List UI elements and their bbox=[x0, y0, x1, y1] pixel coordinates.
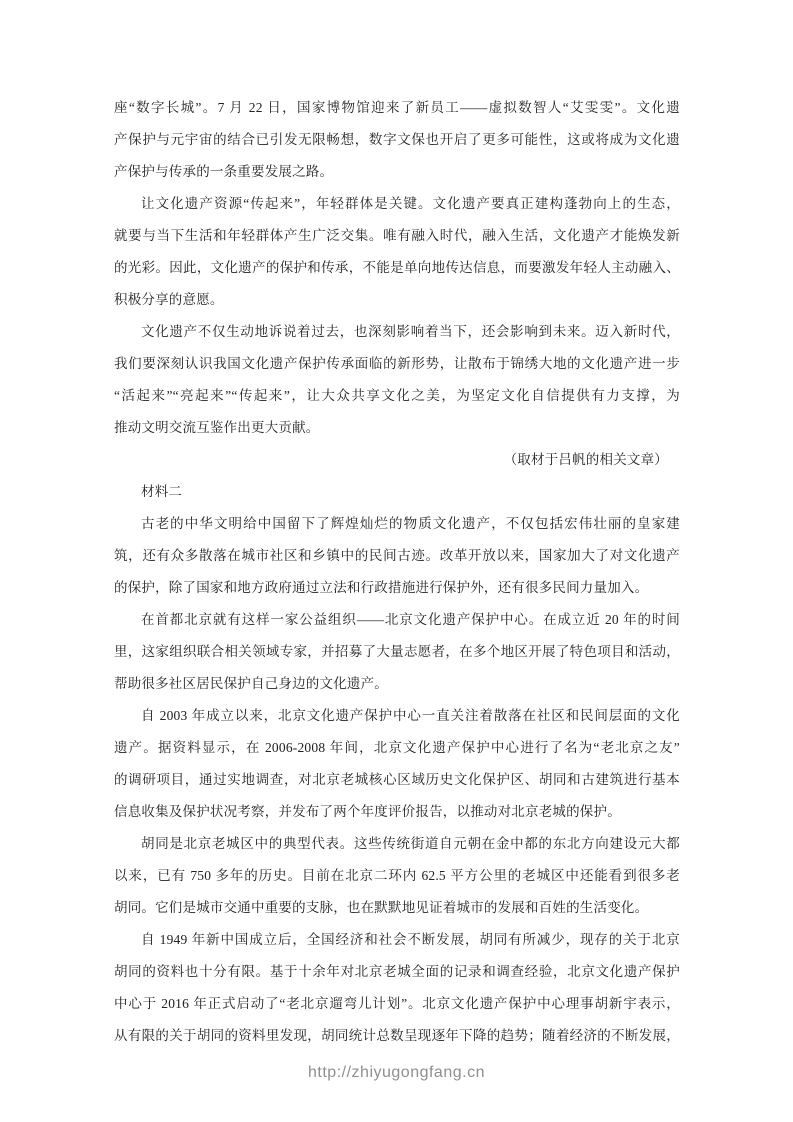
text-line: 筑，还有众多散落在城市社区和乡镇中的民间古迹。改革开放以来，国家加大了对文化遗产 bbox=[114, 540, 680, 572]
text-line: 遗产。据资料显示，在 2006-2008 年间，北京文化遗产保护中心进行了名为“… bbox=[114, 732, 680, 764]
text-line: 里，这家组织联合相关领域专家，并招募了大量志愿者，在多个地区开展了特色项目和活动… bbox=[114, 636, 680, 668]
text-line: 推动文明交流互鉴作出更大贡献。 bbox=[114, 412, 680, 444]
text-line: 产保护与传承的一条重要发展之路。 bbox=[114, 156, 680, 188]
text-line: 积极分享的意愿。 bbox=[114, 284, 680, 316]
footer-url: http://zhiyugongfang.cn bbox=[0, 1060, 793, 1086]
text-line: 帮助很多社区居民保护自己身边的文化遗产。 bbox=[114, 668, 680, 700]
text-line: 的调研项目，通过实地调查，对北京老城核心区域历史文化保护区、胡同和古建筑进行基本 bbox=[114, 764, 680, 796]
text-line: 在首都北京就有这样一家公益组织——北京文化遗产保护中心。在成立近 20 年的时间 bbox=[114, 604, 680, 636]
text-line: 自 1949 年新中国成立后，全国经济和社会不断发展，胡同有所减少，现存的关于北… bbox=[114, 924, 680, 956]
text-line: 我们要深刻认识我国文化遗产保护传承面临的新形势，让散布于锦绣大地的文化遗产进一步 bbox=[114, 348, 680, 380]
text-line: 产保护与元宇宙的结合已引发无限畅想，数字文保也开启了更多可能性，这或将成为文化遗 bbox=[114, 124, 680, 156]
text-line: 从有限的关于胡同的资料里发现，胡同统计总数呈现逐年下降的趋势；随着经济的不断发展… bbox=[114, 1020, 680, 1052]
text-line: 让文化遗产资源“传起来”，年轻群体是关键。文化遗产要真正建构蓬勃向上的生态， bbox=[114, 188, 680, 220]
text-line: 以来，已有 750 多年的历史。目前在北京二环内 62.5 平方公里的老城区中还… bbox=[114, 860, 680, 892]
attribution-line: （取材于吕帆的相关文章） bbox=[114, 444, 680, 476]
text-line: 的光彩。因此，文化遗产的保护和传承，不能是单向地传达信息，而要激发年轻人主动融入… bbox=[114, 252, 680, 284]
text-line: 就要与当下生活和年轻群体产生广泛交集。唯有融入时代，融入生活，文化遗产才能焕发新 bbox=[114, 220, 680, 252]
text-line: 的保护，除了国家和地方政府通过立法和行政措施进行保护外，还有很多民间力量加入。 bbox=[114, 572, 680, 604]
document-body: 座“数字长城”。7 月 22 日，国家博物馆迎来了新员工——虚拟数智人“艾雯雯”… bbox=[114, 92, 680, 1052]
text-line: 胡同是北京老城区中的典型代表。这些传统街道自元朝在金中都的东北方向建设元大都 bbox=[114, 828, 680, 860]
document-page: 座“数字长城”。7 月 22 日，国家博物馆迎来了新员工——虚拟数智人“艾雯雯”… bbox=[0, 0, 793, 1122]
text-line: 胡同的资料也十分有限。基于十余年对北京老城全面的记录和调查经验，北京文化遗产保护 bbox=[114, 956, 680, 988]
text-line: 文化遗产不仅生动地诉说着过去，也深刻影响着当下，还会影响到未来。迈入新时代， bbox=[114, 316, 680, 348]
text-line: “活起来”“亮起来”“传起来”，让大众共享文化之美，为坚定文化自信提供有力支撑，… bbox=[114, 380, 680, 412]
text-line: 座“数字长城”。7 月 22 日，国家博物馆迎来了新员工——虚拟数智人“艾雯雯”… bbox=[114, 92, 680, 124]
section-heading: 材料二 bbox=[114, 476, 680, 508]
text-line: 信息收集及保护状况考察，并发布了两个年度评价报告，以推动对北京老城的保护。 bbox=[114, 796, 680, 828]
text-line: 中心于 2016 年正式启动了“老北京遛弯儿计划”。北京文化遗产保护中心理事胡新… bbox=[114, 988, 680, 1020]
text-line: 胡同。它们是城市交通中重要的支脉，也在默默地见证着城市的发展和百姓的生活变化。 bbox=[114, 892, 680, 924]
text-line: 自 2003 年成立以来，北京文化遗产保护中心一直关注着散落在社区和民间层面的文… bbox=[114, 700, 680, 732]
text-line: 古老的中华文明给中国留下了辉煌灿烂的物质文化遗产，不仅包括宏伟壮丽的皇家建 bbox=[114, 508, 680, 540]
